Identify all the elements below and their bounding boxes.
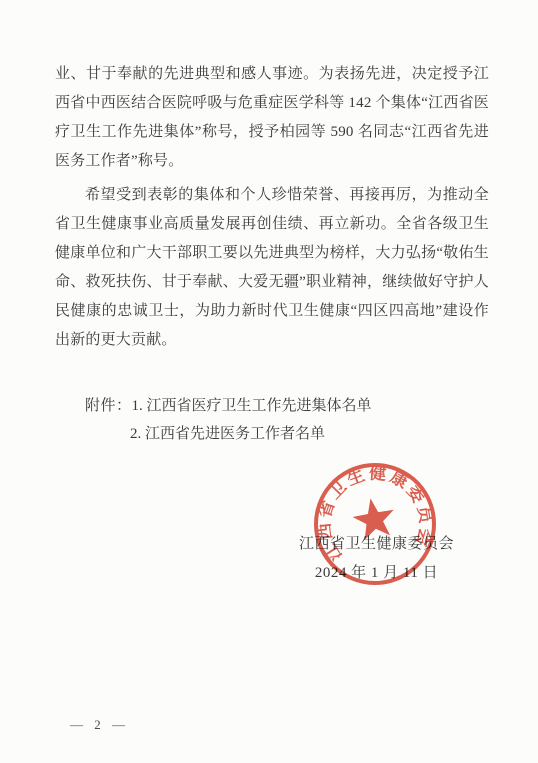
body-text: 业、甘于奉献的先进典型和感人事迹。为表扬先进，决定授予江西省中西医结合医院呼吸与… bbox=[55, 60, 489, 355]
attachment-item-1: 附件：1. 江西省医疗卫生工作先进集体名单 bbox=[55, 392, 495, 420]
issuer-name: 江西省卫生健康委员会 bbox=[294, 534, 459, 555]
attachment-item-2: 2. 江西省先进医务工作者名单 bbox=[55, 420, 495, 448]
attachment-item-1-text: 1. 江西省医疗卫生工作先进集体名单 bbox=[132, 398, 372, 414]
document-page: 业、甘于奉献的先进典型和感人事迹。为表扬先进，决定授予江西省中西医结合医院呼吸与… bbox=[0, 0, 538, 763]
paragraph-1: 业、甘于奉献的先进典型和感人事迹。为表扬先进，决定授予江西省中西医结合医院呼吸与… bbox=[55, 60, 489, 176]
issue-date: 2024 年 1 月 11 日 bbox=[294, 563, 459, 584]
signature-block: 江西省卫生健康委员会 2024 年 1 月 11 日 bbox=[294, 534, 459, 584]
attachment-list: 附件：1. 江西省医疗卫生工作先进集体名单 2. 江西省先进医务工作者名单 bbox=[55, 392, 495, 448]
page-number: — 2 — bbox=[70, 717, 126, 733]
paragraph-2: 希望受到表彰的集体和个人珍惜荣誉、再接再厉，为推动全省卫生健康事业高质量发展再创… bbox=[55, 181, 489, 355]
attachment-label: 附件： bbox=[85, 398, 132, 414]
